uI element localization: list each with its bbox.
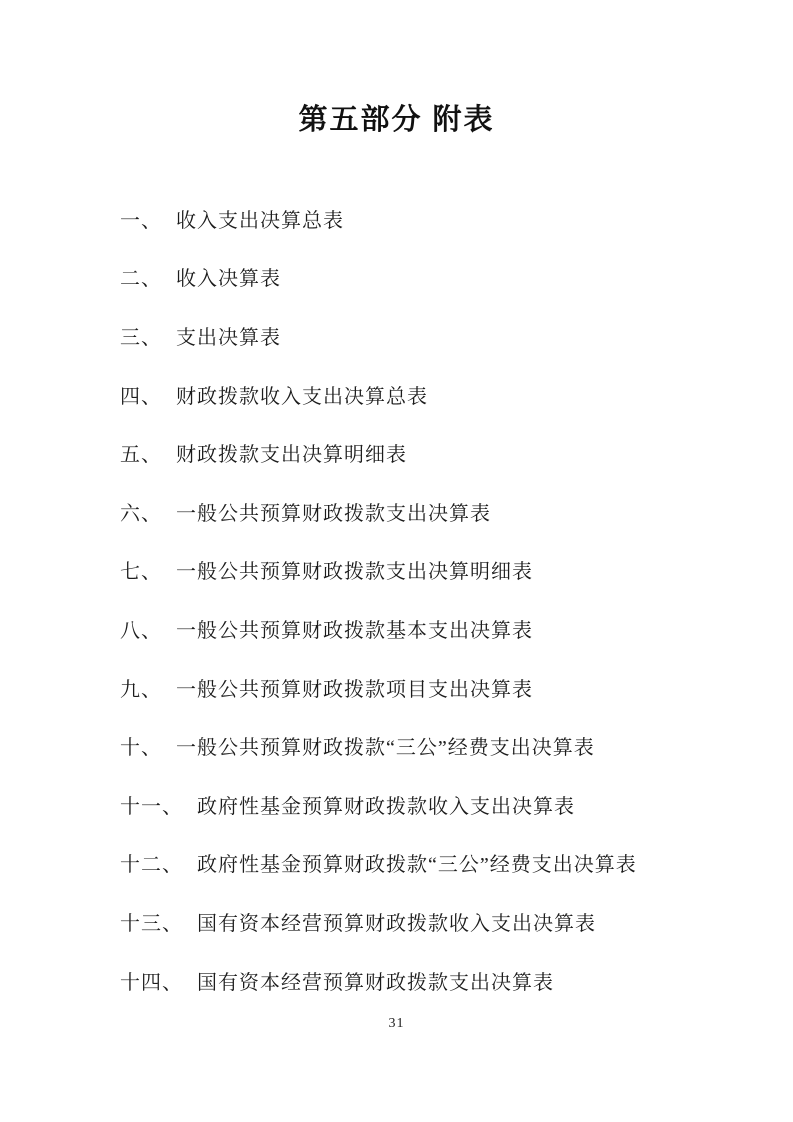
item-text: 国有资本经营预算财政拨款支出决算表 bbox=[197, 966, 554, 995]
item-text: 收入决算表 bbox=[176, 262, 281, 291]
item-marker: 十四、 bbox=[120, 966, 183, 995]
item-text: 国有资本经营预算财政拨款收入支出决算表 bbox=[197, 907, 596, 936]
item-text: 一般公共预算财政拨款支出决算表 bbox=[176, 497, 491, 526]
list-item: 十三、 国有资本经营预算财政拨款收入支出决算表 bbox=[120, 892, 733, 951]
item-marker: 二、 bbox=[120, 262, 162, 291]
item-marker: 五、 bbox=[120, 438, 162, 467]
item-marker: 十二、 bbox=[120, 848, 183, 877]
list-item: 十四、 国有资本经营预算财政拨款支出决算表 bbox=[120, 951, 733, 1010]
item-text: 一般公共预算财政拨款基本支出决算表 bbox=[176, 614, 533, 643]
list-item: 三、 支出决算表 bbox=[120, 306, 733, 365]
item-marker: 十三、 bbox=[120, 907, 183, 936]
item-marker: 十、 bbox=[120, 731, 162, 760]
list-item: 四、 财政拨款收入支出决算总表 bbox=[120, 365, 733, 424]
item-marker: 十一、 bbox=[120, 790, 183, 819]
list-item: 十、 一般公共预算财政拨款“三公”经费支出决算表 bbox=[120, 716, 733, 775]
item-text: 政府性基金预算财政拨款收入支出决算表 bbox=[197, 790, 575, 819]
item-marker: 七、 bbox=[120, 555, 162, 584]
list-item: 八、 一般公共预算财政拨款基本支出决算表 bbox=[120, 599, 733, 658]
list-item: 十二、 政府性基金预算财政拨款“三公”经费支出决算表 bbox=[120, 834, 733, 893]
item-marker: 三、 bbox=[120, 321, 162, 350]
item-text: 财政拨款收入支出决算总表 bbox=[176, 380, 428, 409]
item-text: 政府性基金预算财政拨款“三公”经费支出决算表 bbox=[197, 848, 637, 877]
item-text: 一般公共预算财政拨款“三公”经费支出决算表 bbox=[176, 731, 595, 760]
item-text: 支出决算表 bbox=[176, 321, 281, 350]
page-title: 第五部分 附表 bbox=[0, 97, 793, 138]
item-marker: 八、 bbox=[120, 614, 162, 643]
page-number: 31 bbox=[0, 1016, 793, 1032]
item-marker: 一、 bbox=[120, 204, 162, 233]
list-item: 七、 一般公共预算财政拨款支出决算明细表 bbox=[120, 541, 733, 600]
item-marker: 六、 bbox=[120, 497, 162, 526]
item-text: 收入支出决算总表 bbox=[176, 204, 344, 233]
item-text: 财政拨款支出决算明细表 bbox=[176, 438, 407, 467]
list-item: 十一、 政府性基金预算财政拨款收入支出决算表 bbox=[120, 775, 733, 834]
document-page: 第五部分 附表 一、 收入支出决算总表 二、 收入决算表 三、 支出决算表 四、… bbox=[0, 0, 793, 1122]
list-item: 二、 收入决算表 bbox=[120, 248, 733, 307]
item-text: 一般公共预算财政拨款项目支出决算表 bbox=[176, 673, 533, 702]
list-item: 一、 收入支出决算总表 bbox=[120, 189, 733, 248]
list-item: 六、 一般公共预算财政拨款支出决算表 bbox=[120, 482, 733, 541]
list-item: 五、 财政拨款支出决算明细表 bbox=[120, 423, 733, 482]
item-text: 一般公共预算财政拨款支出决算明细表 bbox=[176, 555, 533, 584]
list-item: 九、 一般公共预算财政拨款项目支出决算表 bbox=[120, 658, 733, 717]
item-marker: 四、 bbox=[120, 380, 162, 409]
item-marker: 九、 bbox=[120, 673, 162, 702]
appendix-table-list: 一、 收入支出决算总表 二、 收入决算表 三、 支出决算表 四、 财政拨款收入支… bbox=[120, 189, 733, 1009]
